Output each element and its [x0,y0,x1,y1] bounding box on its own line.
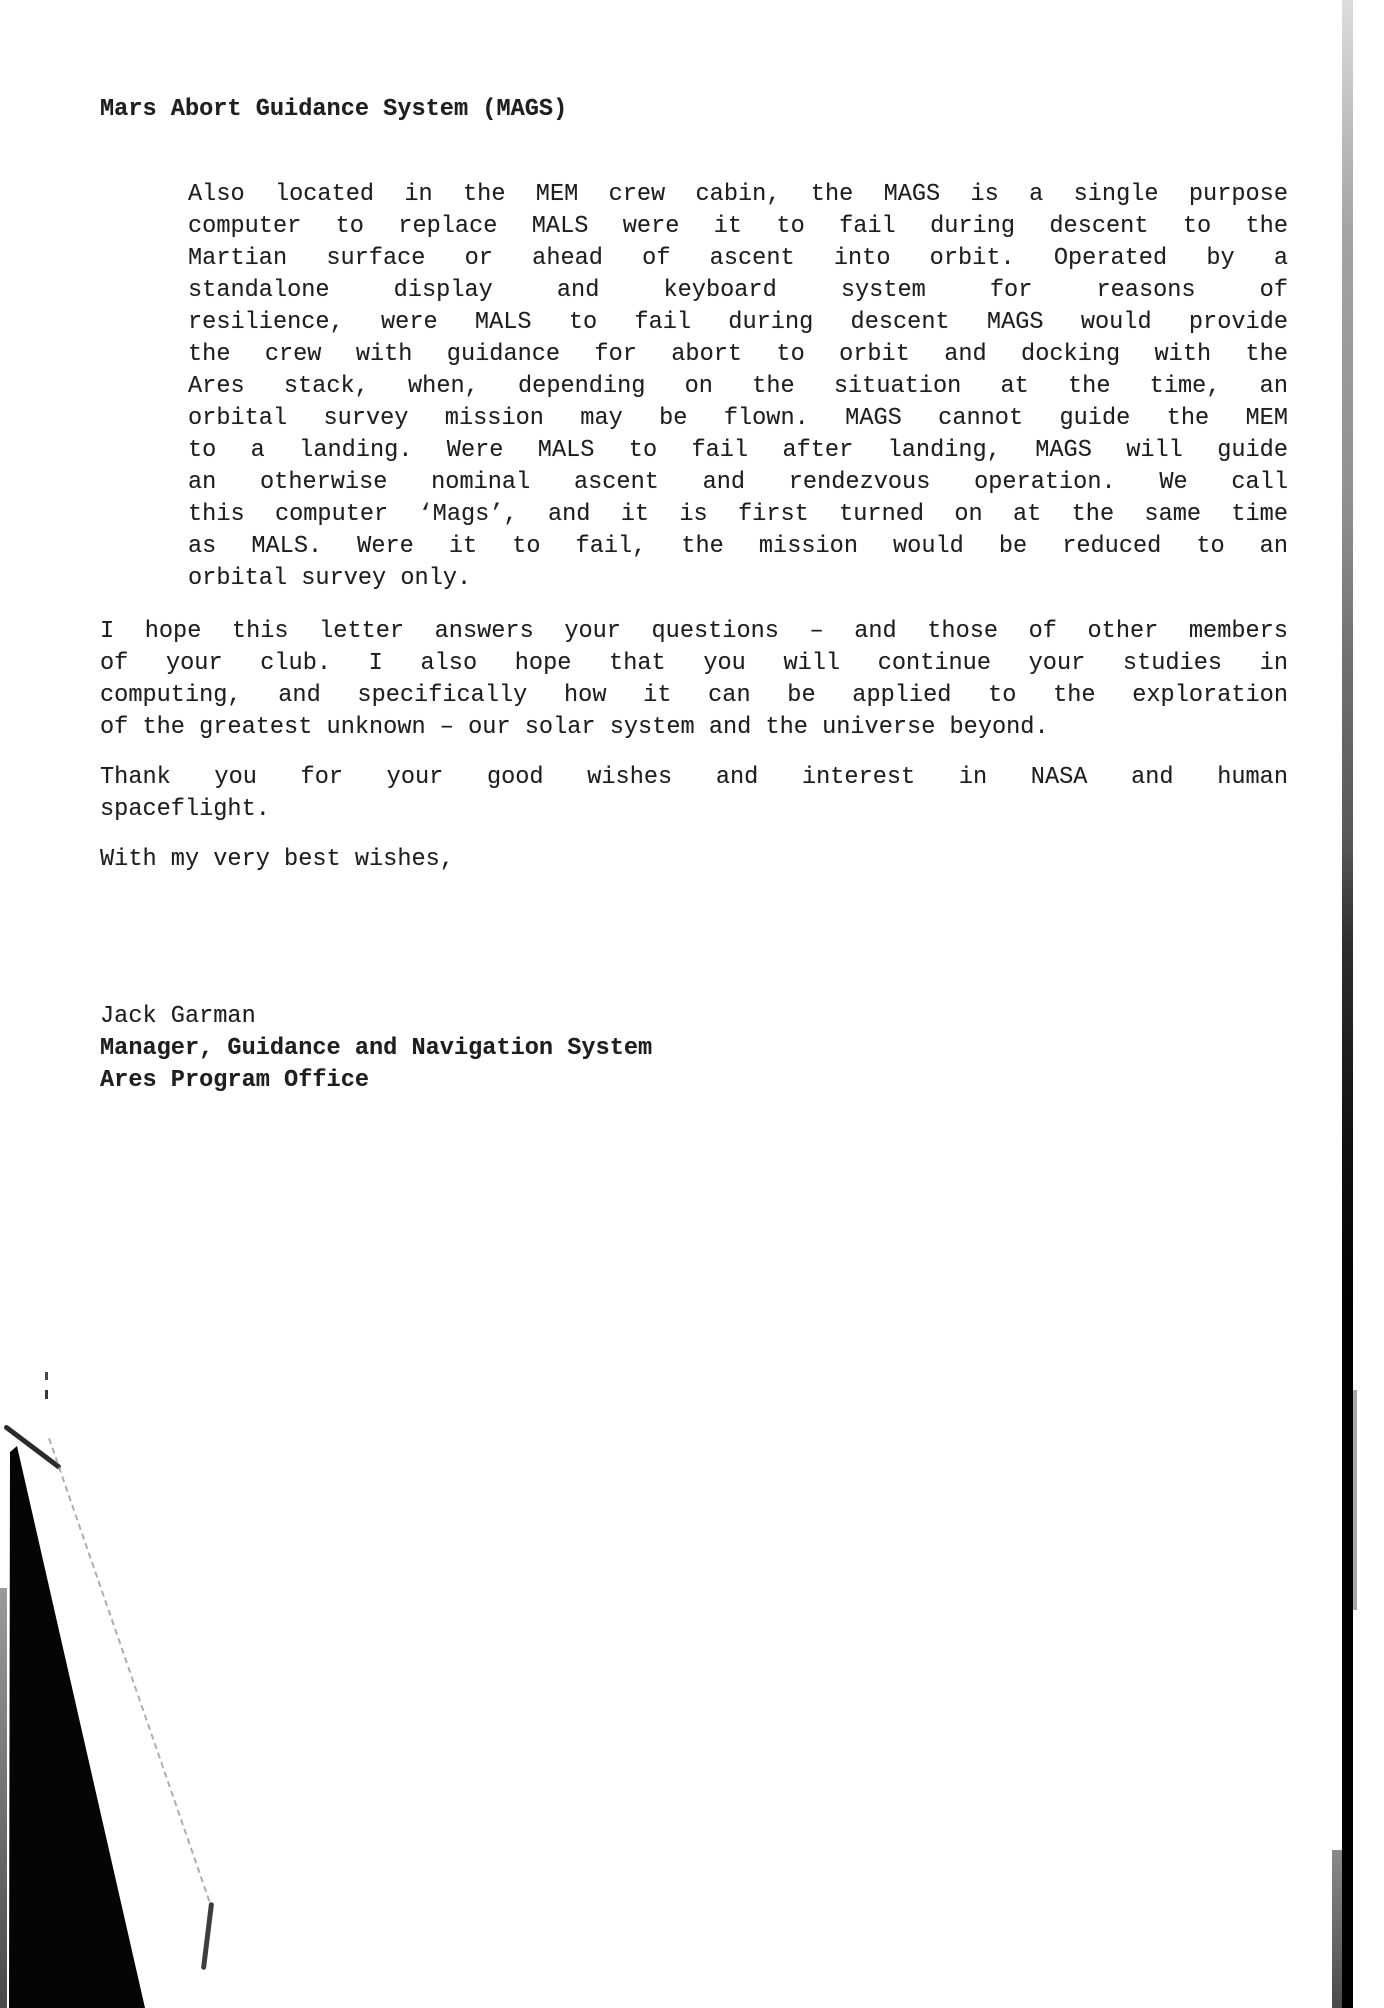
letter-paragraphs: Also located in the MEM crew cabin, the … [100,179,1288,876]
signatory-name: Jack Garman [100,1001,1288,1033]
text-line: Martian surface or ahead of ascent into … [188,243,1288,275]
scan-speck-1 [45,1372,48,1380]
paragraph-closing-hopes: I hope this letter answers your question… [100,616,1288,744]
scan-dust-dash [201,1902,214,1970]
scan-page-edge-shadow-left [0,1588,7,2008]
paragraph-valediction: With my very best wishes, [100,844,1288,876]
text-line: I hope this letter answers your question… [100,616,1288,648]
text-line: With my very best wishes, [100,844,1288,876]
text-line: computer to replace MALS were it to fail… [188,211,1288,243]
text-line: to a landing. Were MALS to fail after la… [188,435,1288,467]
text-line: standalone display and keyboard system f… [188,275,1288,307]
scan-corner-shadow-triangle [0,1440,150,2008]
letter-body: Mars Abort Guidance System (MAGS) Also l… [100,94,1288,1097]
letter-heading: Mars Abort Guidance System (MAGS) [100,94,1288,126]
letter-page: Mars Abort Guidance System (MAGS) Also l… [0,0,1384,2008]
text-line: the crew with guidance for abort to orbi… [188,339,1288,371]
text-line: of the greatest unknown – our solar syst… [100,712,1288,744]
signature-block: Jack Garman Manager, Guidance and Naviga… [100,1001,1288,1097]
paragraph-mags-description: Also located in the MEM crew cabin, the … [100,179,1288,595]
text-line: spaceflight. [100,794,1288,826]
text-line: orbital survey only. [188,563,1288,595]
scan-streak-right-fringe [1332,1850,1342,2008]
text-line: computing, and specifically how it can b… [100,680,1288,712]
scan-streak-right-light-band [1353,1390,1357,1610]
signatory-title: Manager, Guidance and Navigation System [100,1033,1288,1065]
text-line: as MALS. Were it to fail, the mission wo… [188,531,1288,563]
paragraph-thanks: Thank you for your good wishes and inter… [100,762,1288,826]
text-line: resilience, were MALS to fail during des… [188,307,1288,339]
text-line: of your club. I also hope that you will … [100,648,1288,680]
scan-streak-right-edge [1342,0,1353,2008]
scan-speck-2 [45,1390,48,1399]
text-line: an otherwise nominal ascent and rendezvo… [188,467,1288,499]
signatory-office: Ares Program Office [100,1065,1288,1097]
text-line: this computer ‘Mags’, and it is first tu… [188,499,1288,531]
text-line: orbital survey mission may be flown. MAG… [188,403,1288,435]
text-line: Also located in the MEM crew cabin, the … [188,179,1288,211]
text-line: Ares stack, when, depending on the situa… [188,371,1288,403]
text-line: Thank you for your good wishes and inter… [100,762,1288,794]
